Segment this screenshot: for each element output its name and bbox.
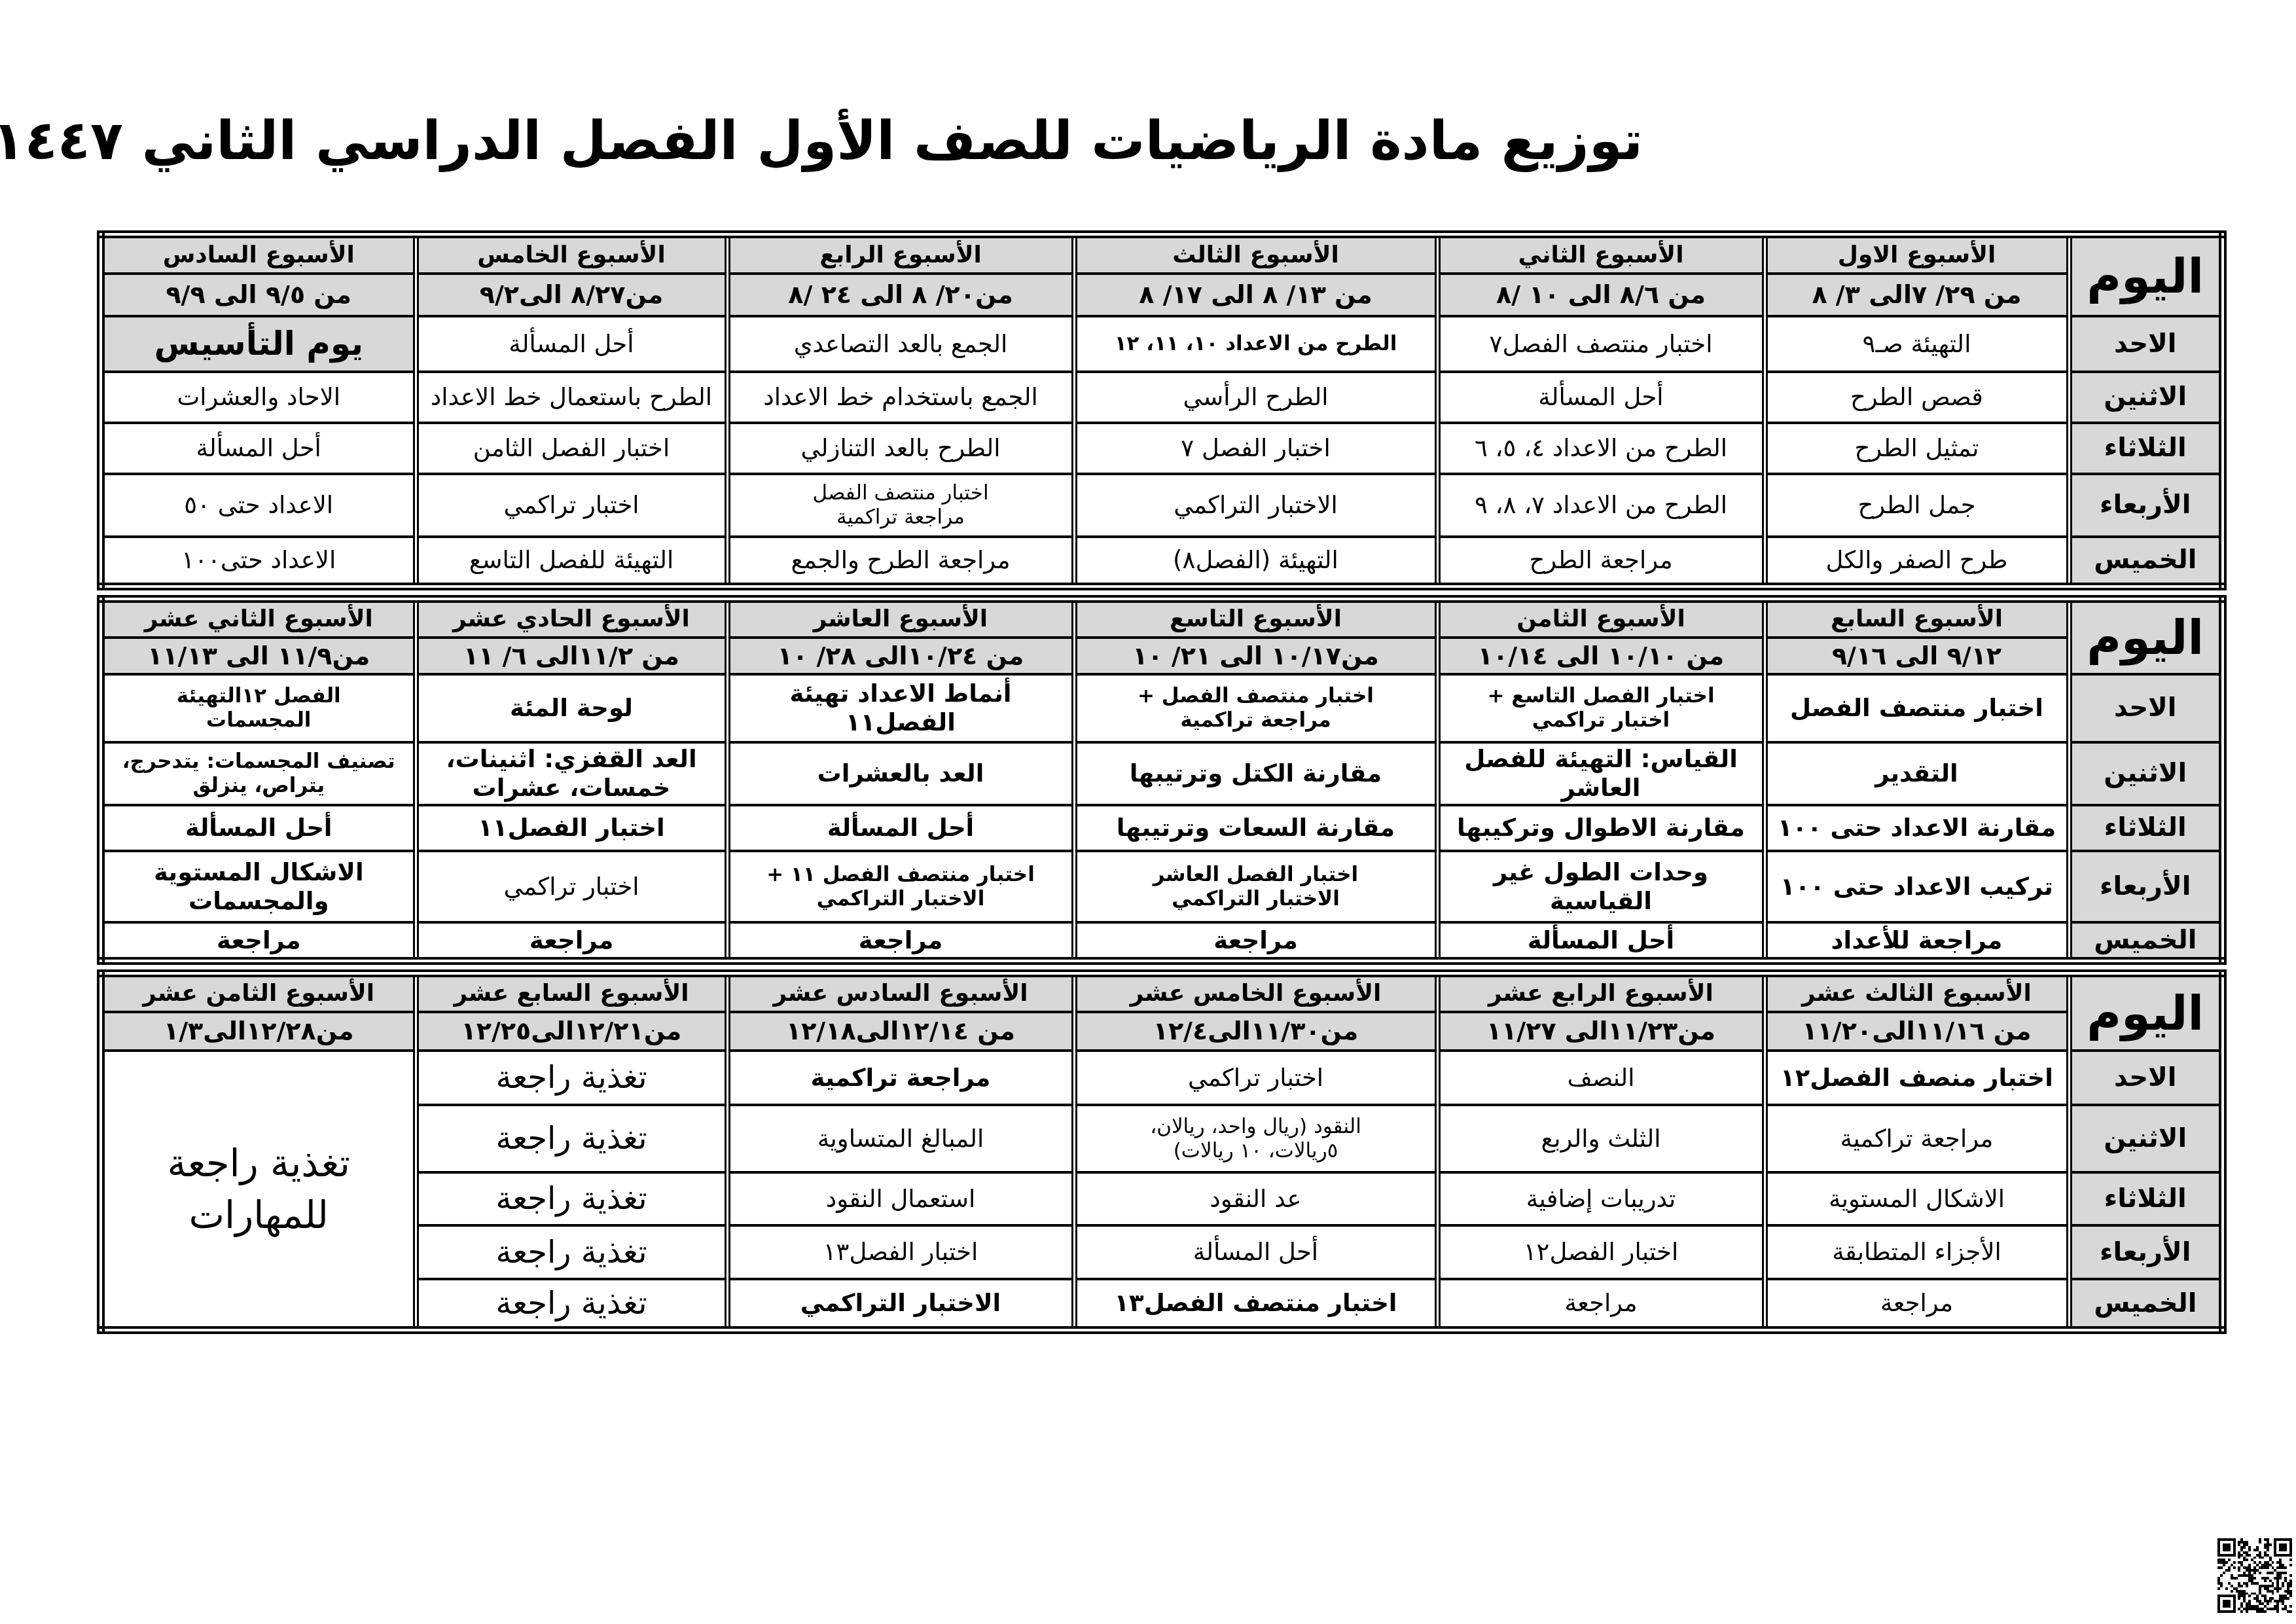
schedule-cell: أحل المسألة — [101, 423, 416, 474]
schedule-cell: الطرح من الاعداد ١٠، ١١، ١٢ — [1074, 316, 1437, 372]
day-label: الخميس — [2069, 1279, 2223, 1330]
schedule-cell: مراجعة الطرح والجمع — [727, 537, 1074, 586]
schedule-cell: تركيب الاعداد حتى ١٠٠ — [1765, 851, 2069, 922]
day-row: الأربعاءتركيب الاعداد حتى ١٠٠وحدات الطول… — [101, 851, 2223, 922]
schedule-cell: أحل المسألة — [1074, 1225, 1437, 1279]
week-dates-header: من ٩/٥ الى ٩/٩ — [101, 274, 416, 316]
schedule-table-block-1: اليومالأسبوع الاولالأسبوع الثانيالأسبوع … — [97, 230, 2227, 590]
day-label: الثلاثاء — [2069, 1172, 2223, 1225]
schedule-cell: اختبار منتصف الفصل — [1765, 674, 2069, 742]
schedule-cell: تغذية راجعة — [416, 1105, 727, 1172]
week-dates-header: من ١١/٢الى ٦/ ١١ — [416, 638, 727, 674]
day-label: الاحد — [2069, 674, 2223, 742]
week-name-header: الأسبوع الخامس عشر — [1074, 973, 1437, 1012]
day-label: الاحد — [2069, 316, 2223, 372]
schedule-cell: العد بالعشرات — [727, 742, 1074, 805]
schedule-cell: المبالغ المتساوية — [727, 1105, 1074, 1172]
qr-code — [2217, 1538, 2292, 1613]
schedule-cell: الاختبار التراكمي — [727, 1279, 1074, 1330]
week-dates-header: من ١٠/١٠ الى ١٠/١٤ — [1437, 638, 1765, 674]
schedule-cell: الاعداد حتى ٥٠ — [101, 474, 416, 537]
schedule-cell: مراجعة تراكمية — [727, 1051, 1074, 1105]
schedule-cell: أحل المسألة — [1437, 372, 1765, 423]
schedule-cell: مقارنة الاطوال وتركيبها — [1437, 805, 1765, 851]
day-row: الثلاثاءمقارنة الاعداد حتى ١٠٠مقارنة الا… — [101, 805, 2223, 851]
schedule-cell: الفصل ١٢التهيئة المجسمات — [101, 674, 416, 742]
day-column-header: اليوم — [2069, 973, 2223, 1051]
schedule-cell: أحل المسألة — [727, 805, 1074, 851]
week-dates-header: من٨/٢٧ الى٩/٢ — [416, 274, 727, 316]
schedule-cell: التقدير — [1765, 742, 2069, 805]
schedule-cell: تغذية راجعة — [416, 1051, 727, 1105]
schedule-cell: عد النقود — [1074, 1172, 1437, 1225]
schedule-cell: مراجعة الطرح — [1437, 537, 1765, 586]
schedule-tables: اليومالأسبوع الاولالأسبوع الثانيالأسبوع … — [97, 230, 2219, 1339]
schedule-cell: الاشكال المستوية والمجسمات — [101, 851, 416, 922]
schedule-cell: مقارنة الكتل وترتيبها — [1074, 742, 1437, 805]
schedule-cell: التهيئة للفصل التاسع — [416, 537, 727, 586]
schedule-cell: تدريبات إضافية — [1437, 1172, 1765, 1225]
day-column-header: اليوم — [2069, 234, 2223, 316]
schedule-cell: تغذية راجعة للمهارات — [101, 1051, 416, 1330]
week-dates-header: من ١٠/٢٤الى ٢٨/ ١٠ — [727, 638, 1074, 674]
week-dates-header: من٢٠/ ٨ الى ٢٤ /٨ — [727, 274, 1074, 316]
schedule-cell: اختبار منتصف الفصل٧ — [1437, 316, 1765, 372]
schedule-cell: طرح الصفر والكل — [1765, 537, 2069, 586]
schedule-cell: أحل المسألة — [416, 316, 727, 372]
week-name-header: الأسبوع السابع عشر — [416, 973, 727, 1012]
day-label: الثلاثاء — [2069, 423, 2223, 474]
schedule-cell: اختبار تراكمي — [416, 474, 727, 537]
schedule-cell: يوم التأسيس — [101, 316, 416, 372]
schedule-cell: مراجعة تراكمية — [1765, 1105, 2069, 1172]
week-name-header: الأسبوع الثامن — [1437, 599, 1765, 638]
day-label: الأربعاء — [2069, 1225, 2223, 1279]
week-dates-header: من ١١/١٦الى١١/٢٠ — [1765, 1012, 2069, 1051]
day-label: الأربعاء — [2069, 851, 2223, 922]
day-row: الاثنينمراجعة تراكميةالثلث والربعالنقود … — [101, 1105, 2223, 1172]
day-label: الخميس — [2069, 922, 2223, 961]
schedule-cell: اختبار الفصل١٣ — [727, 1225, 1074, 1279]
week-dates-header: من١١/٩ الى ١١/١٣ — [101, 638, 416, 674]
day-row: الاحدالتهيئة صـ٩اختبار منتصف الفصل٧الطرح… — [101, 316, 2223, 372]
schedule-cell: مقارنة الاعداد حتى ١٠٠ — [1765, 805, 2069, 851]
schedule-cell: الطرح باستعمال خط الاعداد — [416, 372, 727, 423]
schedule-cell: الطرح من الاعداد ٧، ٨، ٩ — [1437, 474, 1765, 537]
schedule-cell: اختبار الفصل ٧ — [1074, 423, 1437, 474]
week-name-header: الأسبوع الثاني — [1437, 234, 1765, 274]
page-title: توزيع مادة الرياضيات للصف الأول الفصل ال… — [452, 110, 1643, 172]
schedule-cell: اختبار منتصف الفصل + مراجعة تراكمية — [1074, 674, 1437, 742]
day-row: الخميسمراجعةمراجعةاختبار منتصف الفصل١٣ال… — [101, 1279, 2223, 1330]
schedule-cell: وحدات الطول غير القياسية — [1437, 851, 1765, 922]
day-row: الاثنينقصص الطرحأحل المسألةالطرح الرأسيا… — [101, 372, 2223, 423]
week-name-header: الأسبوع الثالث عشر — [1765, 973, 2069, 1012]
week-name-header: الأسبوع الثامن عشر — [101, 973, 416, 1012]
schedule-cell: جمل الطرح — [1765, 474, 2069, 537]
schedule-cell: الأجزاء المتطابقة — [1765, 1225, 2069, 1279]
week-name-header: الأسبوع الحادي عشر — [416, 599, 727, 638]
schedule-cell: اختبار منتصف الفصل مراجعة تراكمية — [727, 474, 1074, 537]
week-name-header: الأسبوع التاسع — [1074, 599, 1437, 638]
schedule-cell: الاختبار التراكمي — [1074, 474, 1437, 537]
schedule-cell: تصنيف المجسمات: يتدحرج، يتراص، ينزلق — [101, 742, 416, 805]
schedule-cell: تغذية راجعة — [416, 1225, 727, 1279]
schedule-cell: القياس: التهيئة للفصل العاشر — [1437, 742, 1765, 805]
schedule-cell: الجمع بالعد التصاعدي — [727, 316, 1074, 372]
schedule-cell: العد القفزي: اثنينات، خمسات، عشرات — [416, 742, 727, 805]
schedule-cell: اختبار تراكمي — [416, 851, 727, 922]
schedule-cell: مراجعة — [1074, 922, 1437, 961]
week-dates-header: من١٢/٢١الى١٢/٢٥ — [416, 1012, 727, 1051]
week-name-header: الأسبوع السادس — [101, 234, 416, 274]
schedule-cell: اختبار الفصل الثامن — [416, 423, 727, 474]
week-name-header: الأسبوع الثاني عشر — [101, 599, 416, 638]
week-dates-header: من١٢/٢٨الى١/٣ — [101, 1012, 416, 1051]
week-dates-header: من ٢٩/ ٧الى ٣/ ٨ — [1765, 274, 2069, 316]
week-dates-header: من ١٣/ ٨ الى ١٧/ ٨ — [1074, 274, 1437, 316]
schedule-cell: التهيئة صـ٩ — [1765, 316, 2069, 372]
schedule-cell: الاحاد والعشرات — [101, 372, 416, 423]
schedule-cell: مراجعة — [1437, 1279, 1765, 1330]
day-row: الأربعاءالأجزاء المتطابقةاختبار الفصل١٢أ… — [101, 1225, 2223, 1279]
schedule-cell: أحل المسألة — [1437, 922, 1765, 961]
week-dates-header: ٩/١٢ الى ٩/١٦ — [1765, 638, 2069, 674]
schedule-cell: تغذية راجعة — [416, 1172, 727, 1225]
day-row: الخميسطرح الصفر والكلمراجعة الطرحالتهيئة… — [101, 537, 2223, 586]
schedule-cell: الجمع باستخدام خط الاعداد — [727, 372, 1074, 423]
week-dates-header: من ١٢/١٤الى١٢/١٨ — [727, 1012, 1074, 1051]
schedule-cell: مقارنة السعات وترتيبها — [1074, 805, 1437, 851]
schedule-cell: مراجعة — [727, 922, 1074, 961]
schedule-cell: اختبار منصف الفصل١٢ — [1765, 1051, 2069, 1105]
schedule-cell: تمثيل الطرح — [1765, 423, 2069, 474]
day-label: الأربعاء — [2069, 474, 2223, 537]
schedule-cell: اختبار تراكمي — [1074, 1051, 1437, 1105]
schedule-cell: اختبار الفصل١١ — [416, 805, 727, 851]
schedule-cell: الاعداد حتى١٠٠ — [101, 537, 416, 586]
week-name-header: الأسبوع السادس عشر — [727, 973, 1074, 1012]
day-label: الاثنين — [2069, 1105, 2223, 1172]
week-name-header: الأسبوع الاول — [1765, 234, 2069, 274]
day-label: الاثنين — [2069, 372, 2223, 423]
schedule-cell: الطرح الرأسي — [1074, 372, 1437, 423]
schedule-cell: النقود (ريال واحد، ريالان، ٥ريالات، ١٠ ر… — [1074, 1105, 1437, 1172]
schedule-cell: استعمال النقود — [727, 1172, 1074, 1225]
week-dates-header: من١١/٢٣الى ١١/٢٧ — [1437, 1012, 1765, 1051]
schedule-cell: التهيئة (الفصل٨) — [1074, 537, 1437, 586]
schedule-cell: الثلث والربع — [1437, 1105, 1765, 1172]
week-dates-header: من ٨/٦ الى ١٠ /٨ — [1437, 274, 1765, 316]
schedule-cell: اختبار منتصف الفصل ١١ + الاختبار التراكم… — [727, 851, 1074, 922]
schedule-cell: مراجعة للأعداد — [1765, 922, 2069, 961]
schedule-cell: مراجعة — [1765, 1279, 2069, 1330]
schedule-cell: أنماط الاعداد تهيئة الفصل١١ — [727, 674, 1074, 742]
day-row: الثلاثاءالاشكال المستويةتدريبات إضافيةعد… — [101, 1172, 2223, 1225]
day-row: الثلاثاءتمثيل الطرحالطرح من الاعداد ٤، ٥… — [101, 423, 2223, 474]
schedule-cell: أحل المسألة — [101, 805, 416, 851]
week-dates-header: من١٠/١٧ الى ٢١/ ١٠ — [1074, 638, 1437, 674]
schedule-cell: تغذية راجعة — [416, 1279, 727, 1330]
week-dates-header: من١١/٣٠الى١٢/٤ — [1074, 1012, 1437, 1051]
schedule-table-block-3: اليومالأسبوع الثالث عشرالأسبوع الرابع عش… — [97, 969, 2227, 1334]
day-column-header: اليوم — [2069, 599, 2223, 674]
schedule-cell: اختبار الفصل١٢ — [1437, 1225, 1765, 1279]
day-label: الخميس — [2069, 537, 2223, 586]
day-label: الاحد — [2069, 1051, 2223, 1105]
week-name-header: الأسبوع الخامس — [416, 234, 727, 274]
schedule-cell: اختبار منتصف الفصل١٣ — [1074, 1279, 1437, 1330]
schedule-cell: اختبار الفصل التاسع + اختبار تراكمي — [1437, 674, 1765, 742]
week-name-header: الأسبوع السابع — [1765, 599, 2069, 638]
day-row: الخميسمراجعة للأعدادأحل المسألةمراجعةمرا… — [101, 922, 2223, 961]
schedule-cell: اختبار الفصل العاشر الاختبار التراكمي — [1074, 851, 1437, 922]
schedule-cell: الطرح بالعد التنازلي — [727, 423, 1074, 474]
schedule-cell: لوحة المئة — [416, 674, 727, 742]
day-row: الاثنينالتقديرالقياس: التهيئة للفصل العا… — [101, 742, 2223, 805]
day-row: الاحداختبار منصف الفصل١٢النصفاختبار تراك… — [101, 1051, 2223, 1105]
day-row: الاحداختبار منتصف الفصلاختبار الفصل التا… — [101, 674, 2223, 742]
schedule-cell: مراجعة — [101, 922, 416, 961]
week-name-header: الأسبوع الرابع عشر — [1437, 973, 1765, 1012]
day-label: الثلاثاء — [2069, 805, 2223, 851]
schedule-cell: الطرح من الاعداد ٤، ٥، ٦ — [1437, 423, 1765, 474]
schedule-table-block-2: اليومالأسبوع السابعالأسبوع الثامنالأسبوع… — [97, 595, 2227, 965]
day-row: الأربعاءجمل الطرحالطرح من الاعداد ٧، ٨، … — [101, 474, 2223, 537]
schedule-cell: النصف — [1437, 1051, 1765, 1105]
week-name-header: الأسبوع الرابع — [727, 234, 1074, 274]
schedule-cell: مراجعة — [416, 922, 727, 961]
week-name-header: الأسبوع الثالث — [1074, 234, 1437, 274]
schedule-cell: الاشكال المستوية — [1765, 1172, 2069, 1225]
week-name-header: الأسبوع العاشر — [727, 599, 1074, 638]
schedule-cell: قصص الطرح — [1765, 372, 2069, 423]
day-label: الاثنين — [2069, 742, 2223, 805]
